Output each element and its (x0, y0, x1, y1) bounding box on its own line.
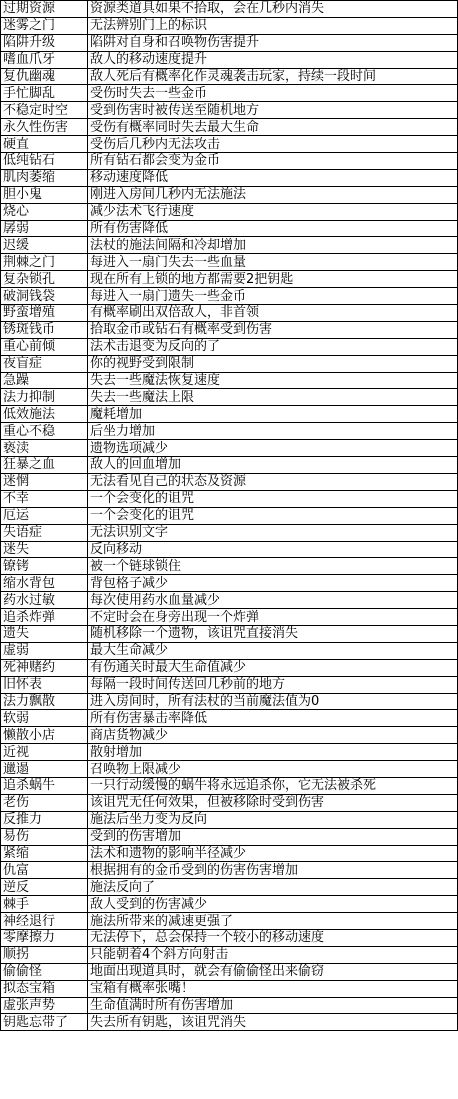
curse-row: 易伤受到的伤害增加 (1, 828, 458, 845)
curse-row: 永久性伤害受伤有概率同时失去最大生命 (1, 119, 458, 136)
curse-effect: 无法停下，总会保持一个较小的移动速度 (88, 929, 458, 946)
curse-row: 不稳定时空受到伤害时被传送至随机地方 (1, 102, 458, 119)
curse-row: 顺拐只能朝着4个斜方向射击 (1, 946, 458, 963)
curse-name: 锈斑钱币 (1, 321, 88, 338)
curse-name: 偷偷怪 (1, 963, 88, 980)
curse-row: 偷偷怪地面出现道具时，就会有偷偷怪出来偷窃 (1, 963, 458, 980)
curse-effect: 拾取金币或钻石有概率受到伤害 (88, 321, 458, 338)
curse-name: 追杀炸弹 (1, 609, 88, 626)
curse-row: 迟缓法杖的施法间隔和冷却增加 (1, 237, 458, 254)
curse-effect: 宝箱有概率张嘴！ (88, 980, 458, 997)
curse-effect: 资源类道具如果不拾取，会在几秒内消失 (88, 1, 458, 18)
curse-row: 肌肉萎缩移动速度降低 (1, 169, 458, 186)
curse-effect: 背包格子减少 (88, 575, 458, 592)
curse-effect: 受伤后几秒内无法攻击 (88, 136, 458, 153)
curse-effect: 随机移除一个遗物，该诅咒直接消失 (88, 625, 458, 642)
curse-name: 法力飘散 (1, 693, 88, 710)
curse-row: 重心不稳后坐力增加 (1, 423, 458, 440)
curse-row: 夜盲症你的视野受到限制 (1, 355, 458, 372)
curse-row: 破洞钱袋每进入一扇门遗失一些金币 (1, 288, 458, 305)
curse-name: 迷失 (1, 541, 88, 558)
curse-effect: 一个会变化的诅咒 (88, 490, 458, 507)
curse-effect: 失去所有钥匙，该诅咒消失 (88, 1014, 458, 1031)
curse-name: 迷雾之门 (1, 17, 88, 34)
curse-name: 不稳定时空 (1, 102, 88, 119)
curse-row: 胆小鬼刚进入房间几秒内无法施法 (1, 186, 458, 203)
curse-name: 镣铐 (1, 558, 88, 575)
curse-effect: 召唤物上限减少 (88, 761, 458, 778)
curse-effect: 最大生命减少 (88, 642, 458, 659)
curse-effect: 施法后坐力变为反向 (88, 811, 458, 828)
curse-row: 零摩擦力无法停下，总会保持一个较小的移动速度 (1, 929, 458, 946)
curse-row: 硬直受伤后几秒内无法攻击 (1, 136, 458, 153)
curse-row: 烧心减少法术飞行速度 (1, 203, 458, 220)
curse-row: 厄运一个会变化的诅咒 (1, 507, 458, 524)
curse-row: 死神赌约有伤通关时最大生命值减少 (1, 659, 458, 676)
curse-effect: 施法所带来的减速更强了 (88, 913, 458, 930)
curse-row: 老伤该诅咒无任何效果，但被移除时受到伤害 (1, 794, 458, 811)
curse-name: 药水过敏 (1, 592, 88, 609)
curse-effect: 每次使用药水血量减少 (88, 592, 458, 609)
curse-row: 拟态宝箱宝箱有概率张嘴！ (1, 980, 458, 997)
curse-name: 缩水背包 (1, 575, 88, 592)
curse-name: 零摩擦力 (1, 929, 88, 946)
curse-name: 反推力 (1, 811, 88, 828)
curse-table: 过期资源资源类道具如果不拾取，会在几秒内消失迷雾之门无法辨别门上的标识陷阱升级陷… (0, 0, 458, 1031)
curse-effect: 不定时会在身旁出现一个炸弹 (88, 609, 458, 626)
curse-name: 复仇幽魂 (1, 68, 88, 85)
curse-effect: 每进入一扇门遗失一些金币 (88, 288, 458, 305)
curse-name: 顺拐 (1, 946, 88, 963)
curse-row: 低纯钻石所有钻石都会变为金币 (1, 153, 458, 170)
curse-name: 死神赌约 (1, 659, 88, 676)
curse-name: 仇富 (1, 862, 88, 879)
curse-row: 不幸一个会变化的诅咒 (1, 490, 458, 507)
curse-effect: 遗物选项减少 (88, 440, 458, 457)
curse-effect: 敌人死后有概率化作灵魂袭击玩家，持续一段时间 (88, 68, 458, 85)
curse-name: 急躁 (1, 372, 88, 389)
curse-effect: 只能朝着4个斜方向射击 (88, 946, 458, 963)
curse-row: 紧缩法术和遗物的影响半径减少 (1, 845, 458, 862)
curse-row: 懒散小店商店货物减少 (1, 727, 458, 744)
curse-effect: 敌人的移动速度提升 (88, 51, 458, 68)
curse-row: 逆反施法反向了 (1, 879, 458, 896)
curse-effect: 进入房间时，所有法杖的当前魔法值为0 (88, 693, 458, 710)
curse-row: 法力飘散进入房间时，所有法杖的当前魔法值为0 (1, 693, 458, 710)
curse-row: 邋遢召唤物上限减少 (1, 761, 458, 778)
curse-name: 陷阱升级 (1, 34, 88, 51)
curse-row: 镣铐被一个链球锁住 (1, 558, 458, 575)
curse-name: 肌肉萎缩 (1, 169, 88, 186)
curse-row: 锈斑钱币拾取金币或钻石有概率受到伤害 (1, 321, 458, 338)
curse-effect: 受到的伤害增加 (88, 828, 458, 845)
curse-row: 急躁失去一些魔法恢复速度 (1, 372, 458, 389)
curse-name: 胆小鬼 (1, 186, 88, 203)
curse-name: 孱弱 (1, 220, 88, 237)
curse-row: 仇富根据拥有的金币受到的伤害伤害增加 (1, 862, 458, 879)
curse-row: 虚弱最大生命减少 (1, 642, 458, 659)
curse-row: 过期资源资源类道具如果不拾取，会在几秒内消失 (1, 1, 458, 18)
curse-name: 重心前倾 (1, 338, 88, 355)
curse-row: 法力抑制失去一些魔法上限 (1, 389, 458, 406)
curse-row: 手忙脚乱受伤时失去一些金币 (1, 85, 458, 102)
curse-effect: 无法识别文字 (88, 524, 458, 541)
curse-effect: 法术和遗物的影响半径减少 (88, 845, 458, 862)
curse-name: 破洞钱袋 (1, 288, 88, 305)
curse-effect: 失去一些魔法恢复速度 (88, 372, 458, 389)
curse-effect: 法杖的施法间隔和冷却增加 (88, 237, 458, 254)
curse-row: 追杀蜗牛一只行动缓慢的蜗牛将永远追杀你，它无法被杀死 (1, 777, 458, 794)
curse-row: 嗜血爪牙敌人的移动速度提升 (1, 51, 458, 68)
curse-row: 亵渎遗物选项减少 (1, 440, 458, 457)
curse-name: 钥匙忘带了 (1, 1014, 88, 1031)
curse-effect: 施法反向了 (88, 879, 458, 896)
curse-row: 陷阱升级陷阱对自身和召唤物伤害提升 (1, 34, 458, 51)
curse-effect: 每隔一段时间传送回几秒前的地方 (88, 676, 458, 693)
curse-row: 药水过敏每次使用药水血量减少 (1, 592, 458, 609)
curse-row: 失语症无法识别文字 (1, 524, 458, 541)
curse-row: 孱弱所有伤害降低 (1, 220, 458, 237)
curse-row: 反推力施法后坐力变为反向 (1, 811, 458, 828)
curse-row: 低效施法魔耗增加 (1, 406, 458, 423)
curse-name: 神经退行 (1, 913, 88, 930)
curse-name: 追杀蜗牛 (1, 777, 88, 794)
curse-effect: 散射增加 (88, 744, 458, 761)
curse-effect: 法术击退变为反向的了 (88, 338, 458, 355)
curse-name: 软弱 (1, 710, 88, 727)
curse-name: 旧怀表 (1, 676, 88, 693)
curse-effect: 每进入一扇门失去一些血量 (88, 254, 458, 271)
curse-name: 逆反 (1, 879, 88, 896)
curse-effect: 根据拥有的金币受到的伤害伤害增加 (88, 862, 458, 879)
curse-row: 近视散射增加 (1, 744, 458, 761)
curse-effect: 移动速度降低 (88, 169, 458, 186)
curse-name: 虚张声势 (1, 997, 88, 1014)
curse-effect: 所有伤害降低 (88, 220, 458, 237)
curse-effect: 该诅咒无任何效果，但被移除时受到伤害 (88, 794, 458, 811)
curse-row: 迷失反向移动 (1, 541, 458, 558)
curse-name: 厄运 (1, 507, 88, 524)
curse-effect: 反向移动 (88, 541, 458, 558)
curse-row: 虚张声势生命值满时所有伤害增加 (1, 997, 458, 1014)
curse-name: 紧缩 (1, 845, 88, 862)
curse-row: 棘手敌人受到的伤害减少 (1, 896, 458, 913)
curse-row: 缩水背包背包格子减少 (1, 575, 458, 592)
curse-name: 不幸 (1, 490, 88, 507)
curse-row: 重心前倾法术击退变为反向的了 (1, 338, 458, 355)
curse-name: 低效施法 (1, 406, 88, 423)
curse-effect: 有伤通关时最大生命值减少 (88, 659, 458, 676)
curse-effect: 敌人受到的伤害减少 (88, 896, 458, 913)
curse-row: 野蛮增殖有概率刷出双倍敌人，非首领 (1, 305, 458, 322)
curse-name: 邋遢 (1, 761, 88, 778)
curse-row: 遗失随机移除一个遗物，该诅咒直接消失 (1, 625, 458, 642)
curse-effect: 商店货物减少 (88, 727, 458, 744)
curse-name: 近视 (1, 744, 88, 761)
curse-name: 硬直 (1, 136, 88, 153)
curse-effect: 受到伤害时被传送至随机地方 (88, 102, 458, 119)
curse-effect: 失去一些魔法上限 (88, 389, 458, 406)
curse-name: 手忙脚乱 (1, 85, 88, 102)
curse-name: 荆棘之门 (1, 254, 88, 271)
curse-row: 神经退行施法所带来的减速更强了 (1, 913, 458, 930)
curse-name: 过期资源 (1, 1, 88, 18)
curse-name: 拟态宝箱 (1, 980, 88, 997)
curse-row: 狂暴之血敌人的回血增加 (1, 457, 458, 474)
curse-name: 棘手 (1, 896, 88, 913)
curse-effect: 魔耗增加 (88, 406, 458, 423)
curse-name: 复杂锁孔 (1, 271, 88, 288)
curse-name: 虚弱 (1, 642, 88, 659)
curse-effect: 无法辨别门上的标识 (88, 17, 458, 34)
curse-name: 永久性伤害 (1, 119, 88, 136)
curse-name: 重心不稳 (1, 423, 88, 440)
curse-name: 迟缓 (1, 237, 88, 254)
curse-effect: 一只行动缓慢的蜗牛将永远追杀你，它无法被杀死 (88, 777, 458, 794)
curse-name: 嗜血爪牙 (1, 51, 88, 68)
curse-effect: 减少法术飞行速度 (88, 203, 458, 220)
curse-name: 老伤 (1, 794, 88, 811)
curse-name: 狂暴之血 (1, 457, 88, 474)
curse-effect: 刚进入房间几秒内无法施法 (88, 186, 458, 203)
curse-effect: 一个会变化的诅咒 (88, 507, 458, 524)
curse-row: 旧怀表每隔一段时间传送回几秒前的地方 (1, 676, 458, 693)
curse-row: 复杂锁孔现在所有上锁的地方都需要2把钥匙 (1, 271, 458, 288)
curse-effect: 敌人的回血增加 (88, 457, 458, 474)
curse-row: 复仇幽魂敌人死后有概率化作灵魂袭击玩家，持续一段时间 (1, 68, 458, 85)
curse-effect: 所有伤害暴击率降低 (88, 710, 458, 727)
curse-name: 失语症 (1, 524, 88, 541)
curse-effect: 所有钻石都会变为金币 (88, 153, 458, 170)
curse-row: 迷惘无法看见自己的状态及资源 (1, 473, 458, 490)
curse-row: 追杀炸弹不定时会在身旁出现一个炸弹 (1, 609, 458, 626)
curse-name: 遗失 (1, 625, 88, 642)
curse-name: 迷惘 (1, 473, 88, 490)
curse-name: 亵渎 (1, 440, 88, 457)
curse-effect: 地面出现道具时，就会有偷偷怪出来偷窃 (88, 963, 458, 980)
curse-effect: 无法看见自己的状态及资源 (88, 473, 458, 490)
curse-name: 野蛮增殖 (1, 305, 88, 322)
curse-name: 法力抑制 (1, 389, 88, 406)
curse-effect: 被一个链球锁住 (88, 558, 458, 575)
curse-table-body: 过期资源资源类道具如果不拾取，会在几秒内消失迷雾之门无法辨别门上的标识陷阱升级陷… (1, 1, 458, 1031)
curse-name: 夜盲症 (1, 355, 88, 372)
curse-effect: 受伤有概率同时失去最大生命 (88, 119, 458, 136)
curse-row: 钥匙忘带了失去所有钥匙，该诅咒消失 (1, 1014, 458, 1031)
curse-name: 烧心 (1, 203, 88, 220)
curse-effect: 后坐力增加 (88, 423, 458, 440)
curse-effect: 你的视野受到限制 (88, 355, 458, 372)
curse-effect: 受伤时失去一些金币 (88, 85, 458, 102)
curse-effect: 现在所有上锁的地方都需要2把钥匙 (88, 271, 458, 288)
curse-effect: 有概率刷出双倍敌人，非首领 (88, 305, 458, 322)
curse-row: 软弱所有伤害暴击率降低 (1, 710, 458, 727)
curse-effect: 陷阱对自身和召唤物伤害提升 (88, 34, 458, 51)
curse-name: 易伤 (1, 828, 88, 845)
curse-name: 懒散小店 (1, 727, 88, 744)
curse-name: 低纯钻石 (1, 153, 88, 170)
curse-effect: 生命值满时所有伤害增加 (88, 997, 458, 1014)
curse-row: 迷雾之门无法辨别门上的标识 (1, 17, 458, 34)
curse-row: 荆棘之门每进入一扇门失去一些血量 (1, 254, 458, 271)
